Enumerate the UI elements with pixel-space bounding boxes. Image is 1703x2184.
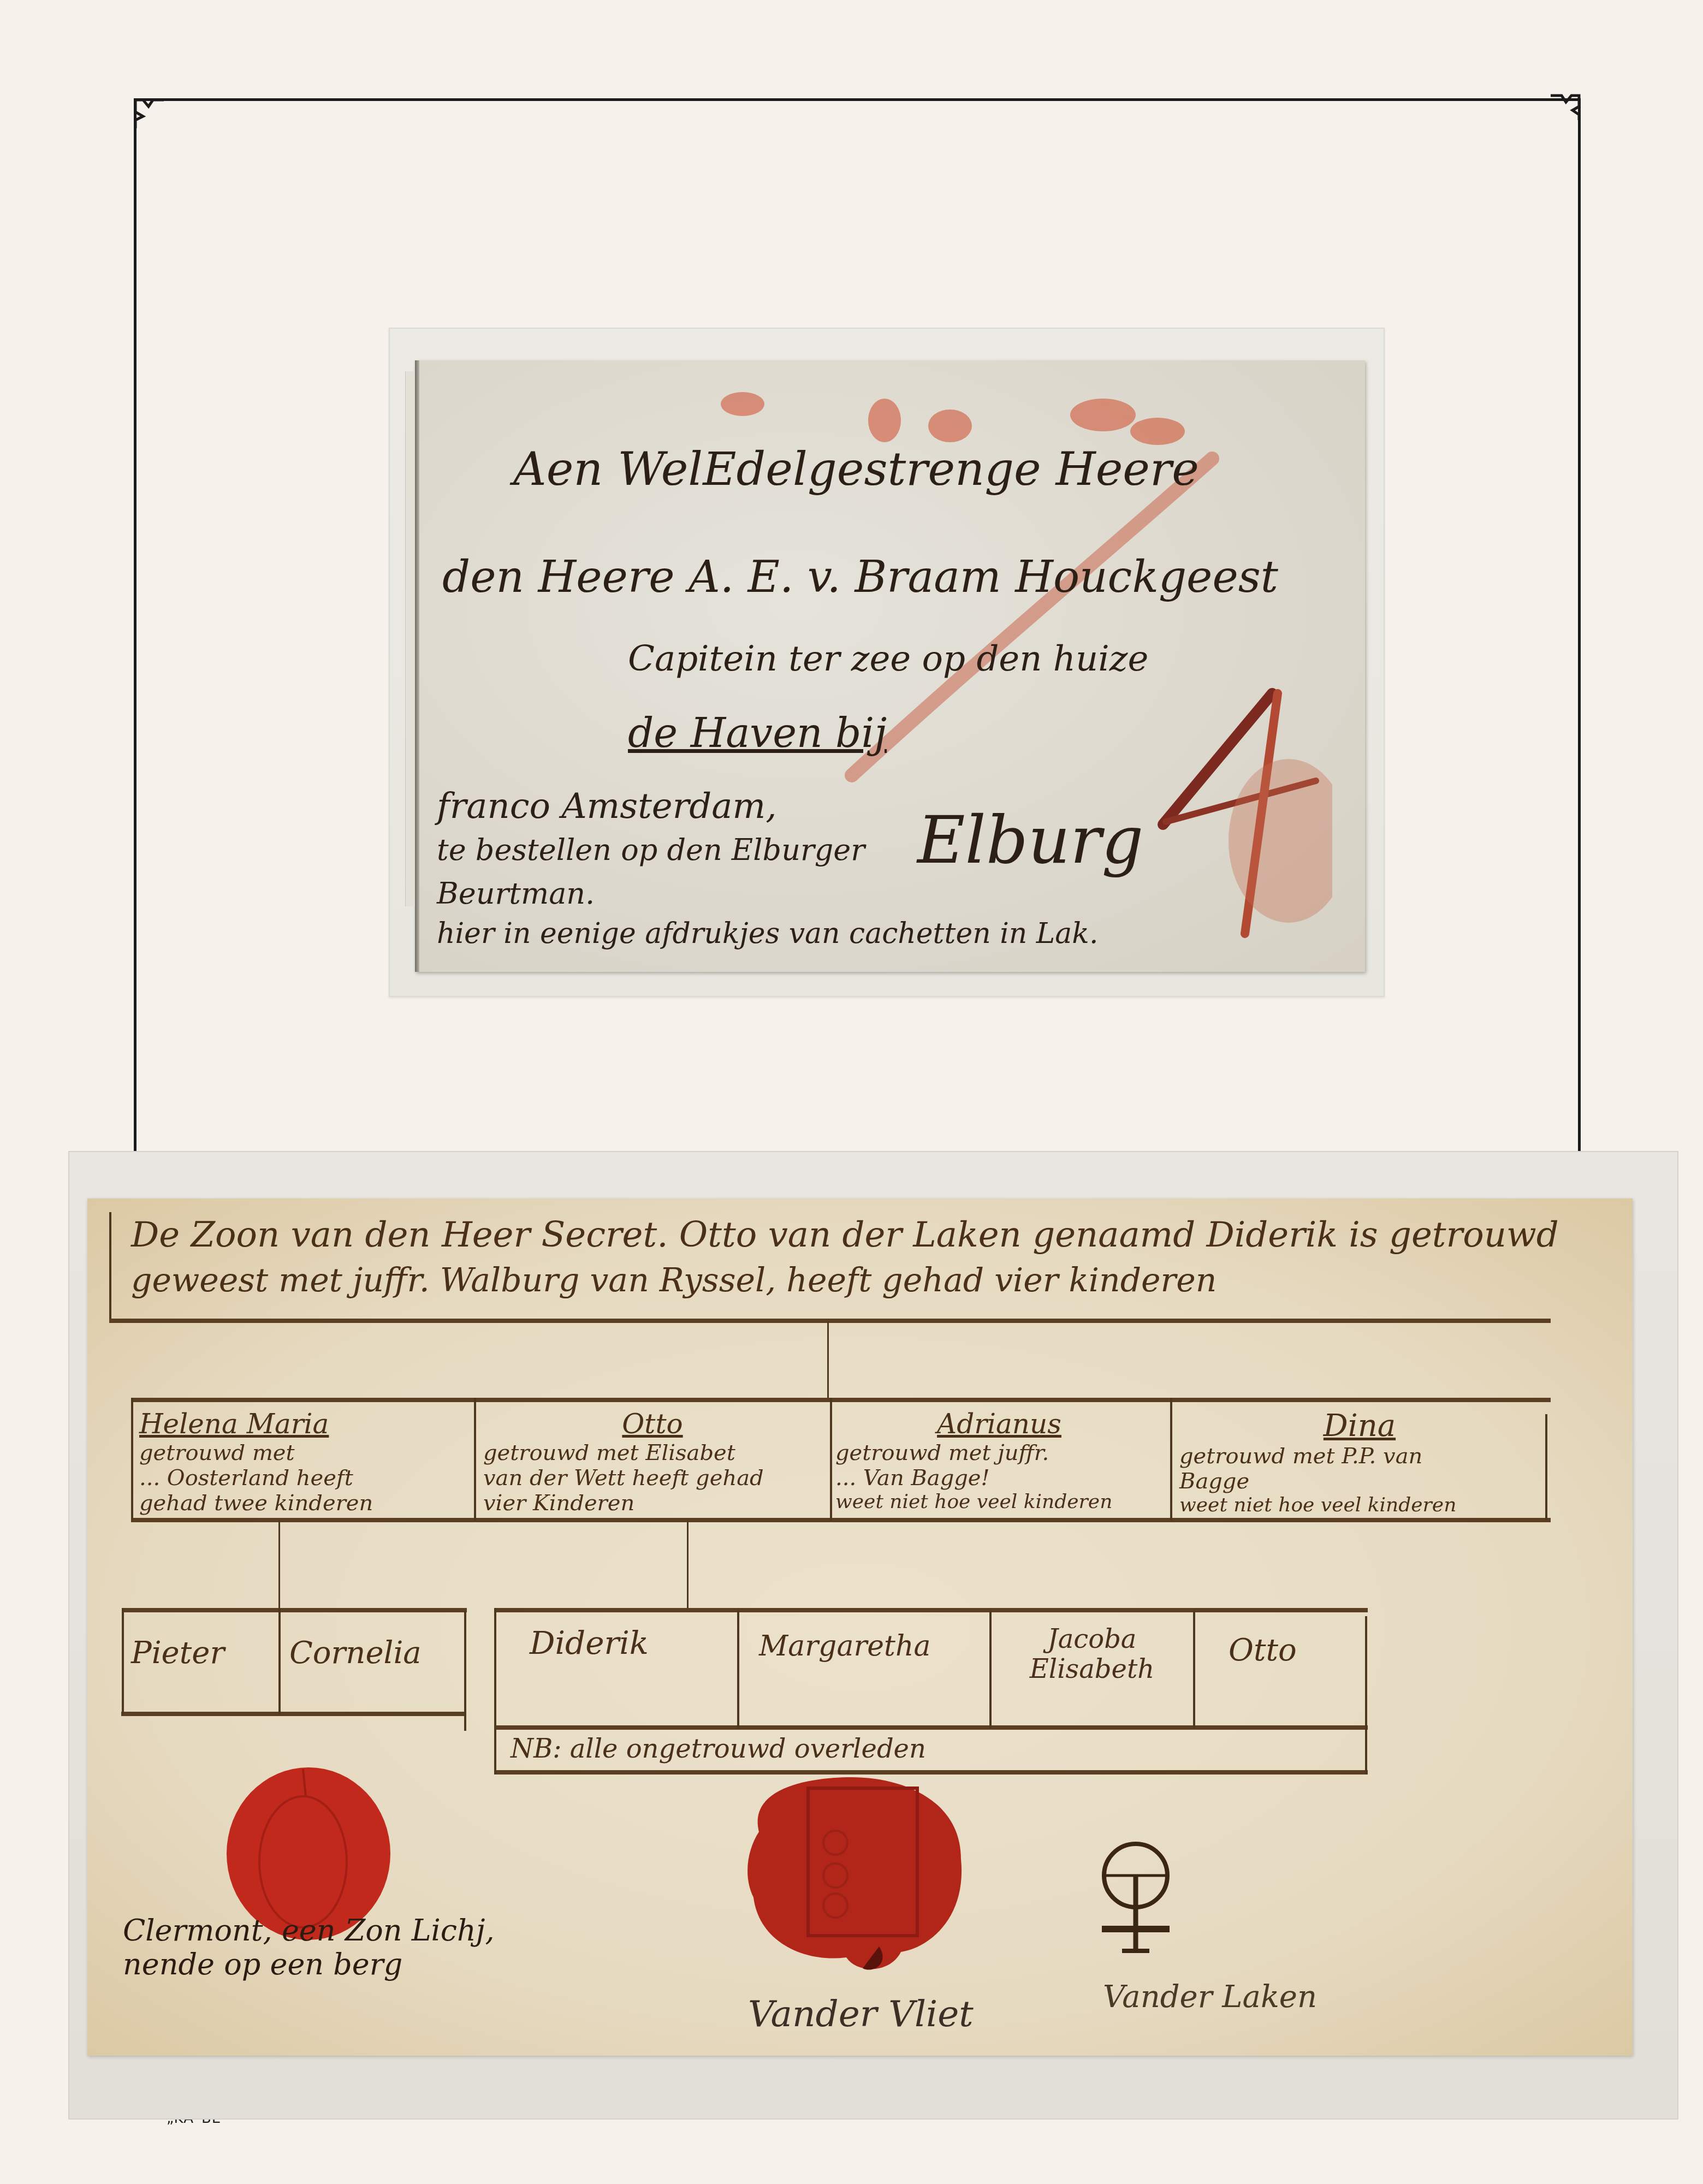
grandchild-cornelia: Cornelia: [289, 1635, 422, 1671]
heading-box-bottom-rule: [109, 1319, 1551, 1323]
grandchildren-b-right-rule: [1365, 1616, 1367, 1775]
instruction-line-3: Beurtman.: [437, 876, 595, 911]
instruction-line-4: hier in eenige afdrukjes van cachetten i…: [437, 917, 1098, 950]
child-note-line: getrouwd met juffr.: [835, 1440, 1163, 1465]
seal-caption-vander-vliet: Vander Vliet: [748, 1993, 974, 2035]
grandchildren-a-right-rule: [464, 1611, 466, 1731]
children-divider-1: [474, 1398, 476, 1521]
grandchildren-a-bottom-rule: [121, 1712, 465, 1716]
tree-connector-otto: [687, 1521, 689, 1608]
destination-elburg: Elburg: [917, 803, 1143, 879]
address-line-2: den Heere A. E. v. Braam Houckgeest: [442, 551, 1278, 602]
frame-corner-ornament-top-right: [1551, 87, 1583, 120]
grandchildren-note: NB: alle ongetrouwd overleden: [511, 1734, 926, 1764]
child-note-line: getrouwd met Elisabet: [483, 1440, 822, 1465]
child-note-line: ... Oosterland heeft: [139, 1465, 467, 1491]
grandchildren-a-divider: [278, 1608, 281, 1714]
child-note-line: weet niet hoe veel kinderen: [835, 1491, 1163, 1513]
child-name: Dina: [1179, 1409, 1540, 1444]
children-row-bottom-rule: [131, 1518, 1551, 1522]
grandchildren-b-top-rule: [494, 1608, 1368, 1612]
address-line-4: de Haven bij: [628, 710, 887, 757]
tree-connector-helena: [278, 1521, 280, 1608]
children-divider-3: [1170, 1398, 1172, 1521]
child-cell-adrianus: Adrianus getrouwd met juffr. ... Van Bag…: [835, 1409, 1163, 1513]
caption-line: nende op een berg: [123, 1948, 495, 1981]
grandchildren-b-divider-2: [989, 1611, 992, 1728]
grandchild-pieter: Pieter: [131, 1635, 224, 1671]
grandchild-margaretha: Margaretha: [759, 1630, 930, 1663]
grandchildren-a-top-rule: [123, 1608, 467, 1612]
children-row-left-rule: [131, 1398, 133, 1521]
seal-caption-vander-laken: Vander Laken: [1103, 1979, 1317, 2015]
child-note-line: van der Wett heeft gehad: [483, 1465, 822, 1491]
grandchildren-a-left-rule: [122, 1608, 124, 1714]
grandchild-jacoba-elisabeth: Jacoba Elisabeth: [999, 1624, 1185, 1684]
child-note-line: Bagge: [1179, 1469, 1540, 1494]
genealogy-heading-line-1: De Zoon van den Heer Secret. Otto van de…: [131, 1215, 1559, 1255]
child-note-line: getrouwd met P.P. van: [1179, 1444, 1540, 1469]
address-line-3: Capitein ter zee op den huize: [628, 639, 1148, 679]
letter-spine-edge: [415, 360, 419, 972]
grandchildren-b-divider-3: [1193, 1611, 1195, 1728]
wax-seal-vander-vliet: [726, 1766, 977, 1979]
child-cell-otto: Otto getrouwd met Elisabet van der Wett …: [483, 1409, 822, 1516]
venus-cross-mark-icon: [1092, 1837, 1179, 1963]
tree-connector-main: [827, 1321, 829, 1398]
child-name: Adrianus: [835, 1409, 1163, 1440]
caption-line: Clermont, een Zon Lichj,: [123, 1914, 495, 1948]
child-name: Otto: [483, 1409, 822, 1440]
child-cell-helena-maria: Helena Maria getrouwd met ... Oosterland…: [139, 1409, 467, 1516]
child-note-line: getrouwd met: [139, 1440, 467, 1465]
grandchild-diderik: Diderik: [530, 1624, 649, 1661]
genealogy-heading-line-2: geweest met juffr. Walburg van Ryssel, h…: [131, 1261, 1217, 1299]
frame-corner-ornament-top-left: [131, 96, 164, 128]
child-note-line: ... Van Bagge!: [835, 1465, 1163, 1491]
instruction-line-2: te bestellen op den Elburger: [437, 833, 865, 867]
address-line-1: Aen WelEdelgestrenge Heere: [513, 442, 1199, 496]
child-cell-dina: Dina getrouwd met P.P. van Bagge weet ni…: [1179, 1409, 1540, 1517]
grandchildren-b-middle-rule: [494, 1725, 1368, 1730]
letter-fold-edge: [405, 371, 416, 906]
children-divider-2: [830, 1398, 832, 1521]
child-note-line: weet niet hoe veel kinderen: [1179, 1494, 1540, 1516]
grandchildren-b-left-rule: [494, 1608, 496, 1775]
children-row-top-rule: [131, 1398, 1551, 1402]
children-row-right-rule: [1545, 1414, 1547, 1521]
grandchildren-b-divider-1: [737, 1611, 739, 1728]
heading-box-left-rule: [109, 1212, 111, 1321]
child-note-line: vier Kinderen: [483, 1491, 822, 1516]
instruction-line-1: franco Amsterdam,: [437, 786, 776, 827]
postage-due-mark-4: [1114, 677, 1332, 939]
grandchild-otto: Otto: [1229, 1633, 1297, 1668]
child-note-line: gehad twee kinderen: [139, 1491, 467, 1516]
child-name: Helena Maria: [139, 1409, 467, 1440]
seal-caption-clermont: Clermont, een Zon Lichj, nende op een be…: [123, 1914, 495, 1981]
